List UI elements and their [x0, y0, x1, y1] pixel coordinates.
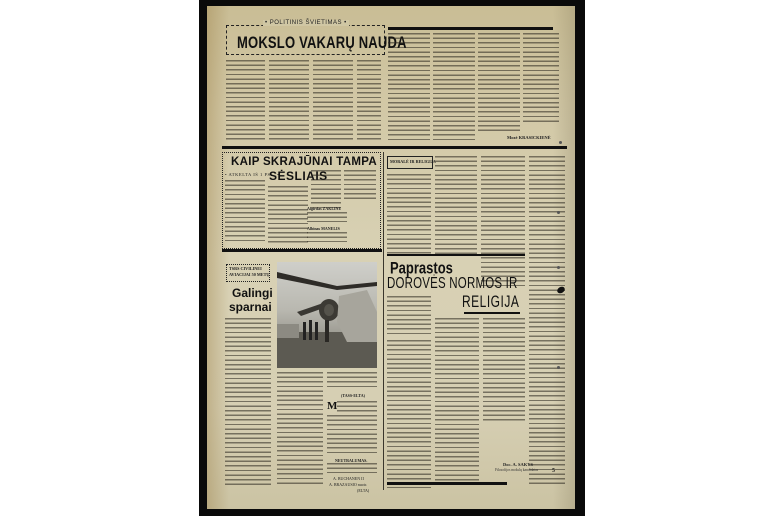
- headline-underline: [464, 312, 520, 314]
- byline-sakys: Doc. A. SAKYS: [503, 462, 533, 467]
- headline-paprastos: Paprastos: [390, 258, 453, 278]
- binding-dot-mark: [557, 366, 560, 369]
- text-column: [327, 372, 377, 390]
- headline-sparnai: sparnai: [229, 300, 272, 314]
- text-column: [307, 212, 347, 222]
- text-column: [529, 156, 565, 486]
- text-column: [523, 33, 559, 123]
- byline-zakline: Algirdas ZAKLINE: [307, 206, 341, 211]
- text-column: [387, 174, 431, 254]
- text-column: [344, 170, 376, 200]
- text-column: [435, 318, 479, 488]
- text-column: [481, 156, 525, 286]
- text-column: [225, 318, 271, 488]
- text-column: [277, 372, 323, 486]
- source-elta: (ELTA): [357, 488, 369, 493]
- text-column: [225, 180, 265, 244]
- kicker-politinis-svietimas: • POLITINIS ŠVIETIMAS •: [263, 20, 349, 26]
- byline-krasickiene: Mozė KRASICKIENĖ: [507, 135, 551, 140]
- text-column: [433, 33, 475, 142]
- text-column: [226, 60, 265, 142]
- text-column: [483, 318, 525, 422]
- text-column: [388, 33, 430, 142]
- text-column: [435, 156, 477, 254]
- top-rule: [388, 27, 553, 30]
- bottom-rule: [387, 482, 507, 485]
- text-column: [269, 60, 309, 142]
- text-column: [337, 401, 377, 413]
- section-rule: [222, 146, 567, 149]
- helicopter-photo: [277, 262, 377, 368]
- section-rule: [222, 249, 382, 252]
- binding-dot-mark: [557, 266, 560, 269]
- text-column: [307, 232, 347, 242]
- rubric-tsrs-civilinei: TSRS CIVILINEI: [229, 266, 262, 271]
- binding-dot-mark: [559, 141, 562, 144]
- section-rule: [387, 254, 525, 256]
- dropcap-m: M: [327, 401, 337, 412]
- newspaper-page: • POLITINIS ŠVIETIMAS • MOKSLO VAKARŲ NA…: [207, 6, 575, 509]
- headline-mokslo-vakaru-nauda: MOKSLO VAKARŲ NAUDA: [237, 33, 407, 52]
- text-column: [327, 463, 377, 473]
- author-buchanen: A. BUCHANEN II: [333, 476, 364, 481]
- photo-source-tass: (TASS-ELTA): [341, 393, 365, 398]
- helicopter-icon: [277, 262, 377, 368]
- headline-religija: RELIGIJA: [462, 292, 519, 311]
- rubric-aviacijai-50: AVIACIJAI 50 METŲ: [229, 272, 269, 277]
- headline-dorove-normos: DOROVĖS NORMOS IR: [387, 276, 518, 292]
- binding-dot-mark: [557, 211, 560, 214]
- rubric-morale-ir-religija: MORALĖ IR RELIGIJA: [390, 159, 436, 164]
- column-divider: [383, 152, 384, 490]
- headline-galingi: Galingi: [232, 286, 273, 300]
- page-number: 5: [552, 468, 555, 474]
- headline-kaip-skrajunai: KAIP SKRAJŪNAI TAMPA: [231, 156, 377, 168]
- text-column: [268, 186, 308, 244]
- byline-sakys-title: Filosofijos mokslų kandidatas: [495, 468, 538, 472]
- byline-manelis: Albinas MANELIS: [307, 226, 340, 231]
- text-column: [478, 33, 520, 133]
- text-column: [327, 415, 377, 455]
- text-column: [313, 60, 353, 142]
- text-column: [311, 170, 341, 210]
- text-column: [387, 296, 431, 336]
- text-column: [387, 340, 431, 488]
- text-column: [357, 60, 381, 142]
- author-brazausio: A. BRAZAUSIO nuotr.: [329, 482, 367, 487]
